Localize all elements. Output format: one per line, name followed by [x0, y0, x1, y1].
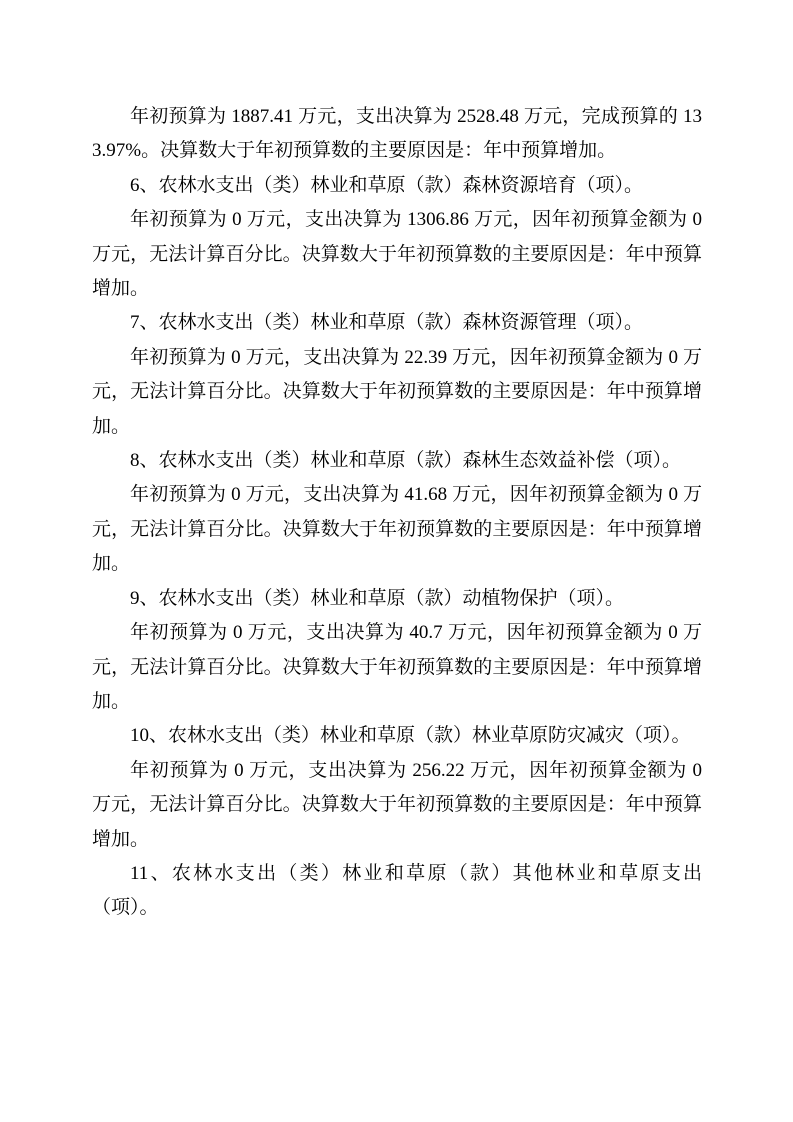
document-page: 年初预算为 1887.41 万元，支出决算为 2528.48 万元，完成预算的 … [0, 0, 793, 1122]
paragraph: 年初预算为 0 万元，支出决算为 256.22 万元，因年初预算金额为 0 万元… [92, 754, 702, 857]
paragraph: 年初预算为 0 万元，支出决算为 41.68 万元，因年初预算金额为 0 万元，… [92, 478, 702, 581]
paragraph: 年初预算为 0 万元，支出决算为 1306.86 万元，因年初预算金额为 0 万… [92, 203, 702, 306]
document-body: 年初预算为 1887.41 万元，支出决算为 2528.48 万元，完成预算的 … [92, 100, 702, 926]
paragraph: 8、农林水支出（类）林业和草原（款）森林生态效益补偿（项）。 [92, 444, 702, 478]
paragraph: 6、农林水支出（类）林业和草原（款）森林资源培育（项）。 [92, 169, 702, 203]
paragraph: 10、农林水支出（类）林业和草原（款）林业草原防灾减灾（项）。 [92, 719, 702, 753]
paragraph: 7、农林水支出（类）林业和草原（款）森林资源管理（项）。 [92, 306, 702, 340]
paragraph: 9、农林水支出（类）林业和草原（款）动植物保护（项）。 [92, 582, 702, 616]
paragraph: 11、农林水支出（类）林业和草原（款）其他林业和草原支出（项）。 [92, 857, 702, 926]
paragraph: 年初预算为 1887.41 万元，支出决算为 2528.48 万元，完成预算的 … [92, 100, 702, 169]
paragraph: 年初预算为 0 万元，支出决算为 22.39 万元，因年初预算金额为 0 万元，… [92, 341, 702, 444]
paragraph: 年初预算为 0 万元，支出决算为 40.7 万元，因年初预算金额为 0 万元，无… [92, 616, 702, 719]
